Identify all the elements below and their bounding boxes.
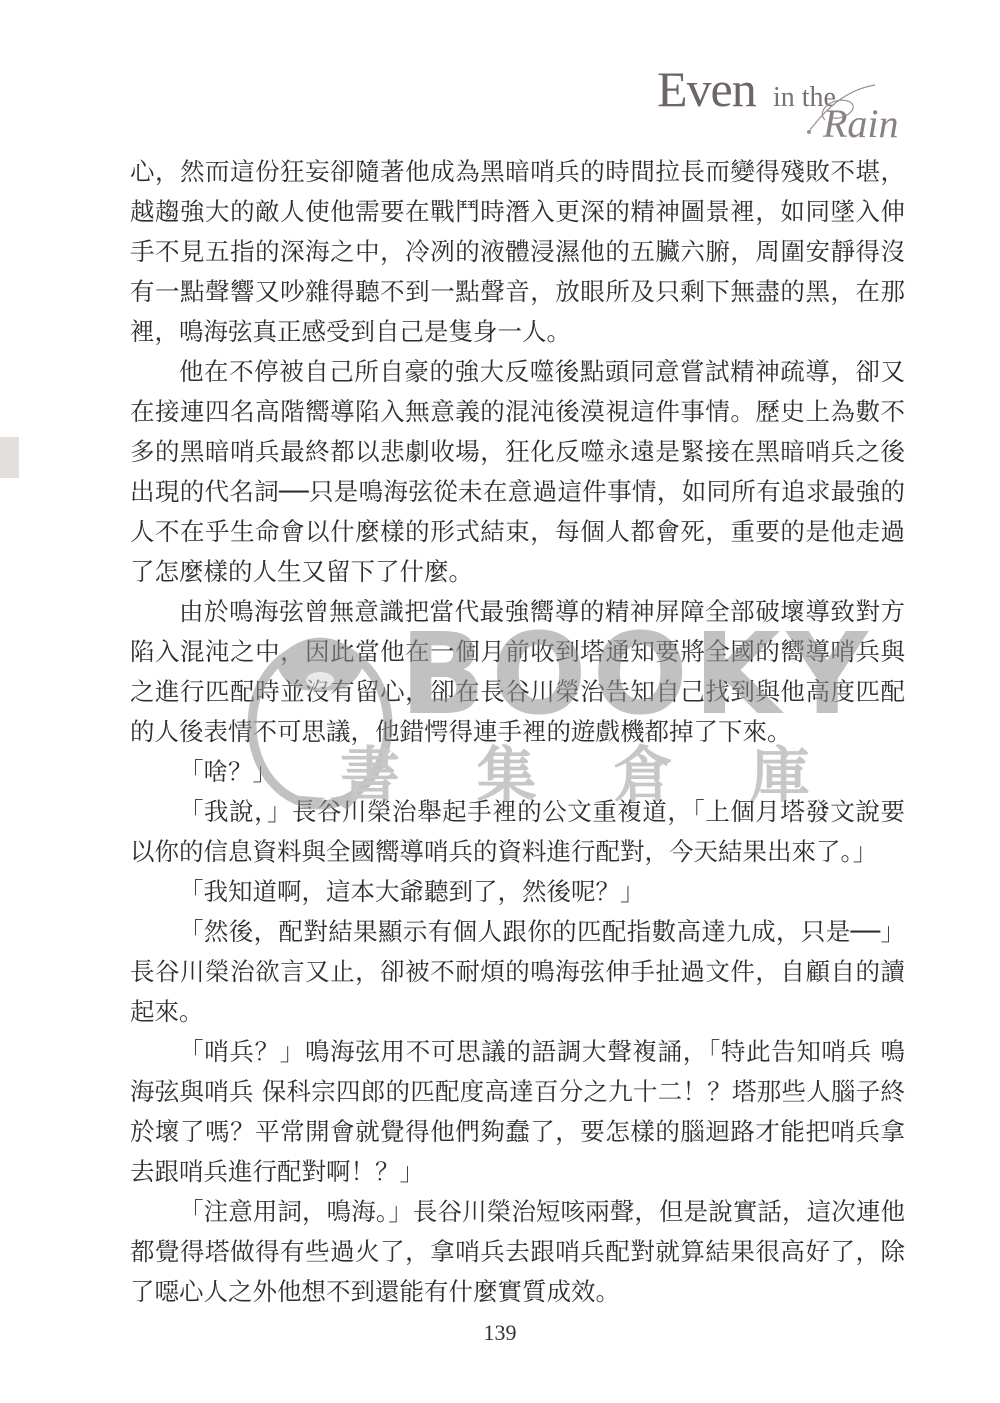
paragraph: 「然後，配對結果顯示有個人跟你的匹配指數高達九成，只是──」長谷川榮治欲言又止，… bbox=[130, 912, 905, 1032]
logo-word-rain: Rain bbox=[823, 100, 899, 147]
page-number: 139 bbox=[0, 1320, 1000, 1346]
paragraph: 由於鳴海弦曾無意識把當代最強嚮導的精神屏障全部破壞導致對方陷入混沌之中，因此當他… bbox=[130, 592, 905, 752]
paragraph: 「我說，」長谷川榮治舉起手裡的公文重複道，「上個月塔發文說要以你的信息資料與全國… bbox=[130, 792, 905, 872]
paragraph: 「我知道啊，這本大爺聽到了，然後呢？」 bbox=[130, 872, 905, 912]
page-edge-marker bbox=[0, 437, 19, 478]
paragraph: 他在不停被自己所自豪的強大反噬後點頭同意嘗試精神疏導，卻又在接連四名高階嚮導陷入… bbox=[130, 352, 905, 592]
paragraph: 「哨兵？」鳴海弦用不可思議的語調大聲複誦，「特此告知哨兵 鳴海弦與哨兵 保科宗四… bbox=[130, 1032, 905, 1192]
body-text: 心，然而這份狂妄卻隨著他成為黑暗哨兵的時間拉長而變得殘敗不堪，越趨強大的敵人使他… bbox=[130, 152, 905, 1312]
paragraph: 心，然而這份狂妄卻隨著他成為黑暗哨兵的時間拉長而變得殘敗不堪，越趨強大的敵人使他… bbox=[130, 152, 905, 352]
logo-word-even: Even bbox=[657, 60, 756, 118]
book-title-logo: Even in the Rain bbox=[655, 60, 915, 140]
paragraph: 「啥？」 bbox=[130, 752, 905, 792]
paragraph: 「注意用詞，鳴海。」長谷川榮治短咳兩聲，但是說實話，這次連他都覺得塔做得有些過火… bbox=[130, 1192, 905, 1312]
